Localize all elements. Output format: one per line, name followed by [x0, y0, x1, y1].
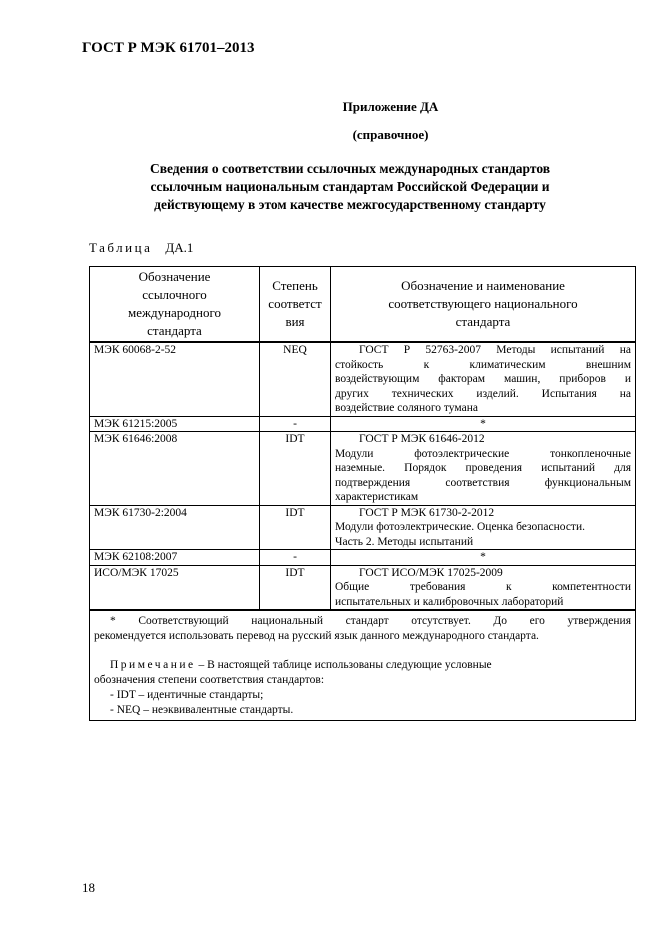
- appendix-subtitle: (справочное): [60, 127, 661, 143]
- cell-reference: МЭК 62108:2007: [90, 550, 260, 566]
- cell-degree: IDT: [260, 505, 331, 550]
- table-row: МЭК 61646:2008 IDT ГОСТ Р МЭК 61646-2012…: [90, 432, 636, 506]
- cell-degree: NEQ: [260, 342, 331, 416]
- column-header-reference: Обозначение ссылочного международного ст…: [90, 267, 260, 343]
- table-caption-number: ДА.1: [165, 240, 193, 255]
- document-code: ГОСТ Р МЭК 61701–2013: [82, 40, 254, 57]
- table-caption: Таблица ДА.1: [89, 240, 193, 256]
- appendix-title: Приложение ДА: [60, 99, 661, 115]
- heading-line: действующему в этом качестве межгосударс…: [100, 196, 600, 214]
- note-label: Примечание: [110, 659, 196, 671]
- footnote-star-line: рекомендуется использовать перевод на ру…: [94, 629, 631, 644]
- table-row: МЭК 61730-2:2004 IDT ГОСТ Р МЭК 61730-2-…: [90, 505, 636, 550]
- cell-reference: МЭК 61646:2008: [90, 432, 260, 506]
- cell-reference: МЭК 60068-2-52: [90, 342, 260, 416]
- cell-degree: -: [260, 550, 331, 566]
- cell-national: *: [331, 416, 636, 432]
- cell-degree: IDT: [260, 565, 331, 610]
- table-row: МЭК 60068-2-52 NEQ ГОСТ Р 52763-2007 Мет…: [90, 342, 636, 416]
- note-line: обозначения степени соответствия стандар…: [94, 673, 631, 688]
- note-line: Примечание – В настоящей таблице использ…: [94, 658, 631, 673]
- table-row: МЭК 62108:2007 - *: [90, 550, 636, 566]
- cell-national: ГОСТ Р 52763-2007 Методы испытаний на ст…: [331, 342, 636, 416]
- page-number: 18: [82, 880, 95, 896]
- note-item: - NEQ – неэквивалентные стандарты.: [94, 703, 631, 718]
- cell-national: ГОСТ Р МЭК 61646-2012 Модули фотоэлектри…: [331, 432, 636, 506]
- reference-standards-table: Обозначение ссылочного международного ст…: [89, 266, 636, 721]
- cell-national: ГОСТ Р МЭК 61730-2-2012 Модули фотоэлект…: [331, 505, 636, 550]
- column-header-degree: Степень соответст вия: [260, 267, 331, 343]
- appendix-heading: Сведения о соответствии ссылочных междун…: [100, 160, 600, 214]
- cell-national: ГОСТ ИСО/МЭК 17025-2009 Общие требования…: [331, 565, 636, 610]
- column-header-national: Обозначение и наименование соответствующ…: [331, 267, 636, 343]
- cell-reference: ИСО/МЭК 17025: [90, 565, 260, 610]
- cell-national: *: [331, 550, 636, 566]
- table-header-row: Обозначение ссылочного международного ст…: [90, 267, 636, 343]
- cell-degree: -: [260, 416, 331, 432]
- note-item: - IDT – идентичные стандарты;: [94, 688, 631, 703]
- cell-degree: IDT: [260, 432, 331, 506]
- heading-line: ссылочным национальным стандартам Россий…: [100, 178, 600, 196]
- cell-reference: МЭК 61215:2005: [90, 416, 260, 432]
- table-caption-label: Таблица: [89, 240, 152, 255]
- table-footnote-row: * Соответствующий национальный стандарт …: [90, 610, 636, 721]
- heading-line: Сведения о соответствии ссылочных междун…: [100, 160, 600, 178]
- cell-reference: МЭК 61730-2:2004: [90, 505, 260, 550]
- table-row: ИСО/МЭК 17025 IDT ГОСТ ИСО/МЭК 17025-200…: [90, 565, 636, 610]
- note-text: – В настоящей таблице использованы следу…: [196, 659, 492, 671]
- table-row: МЭК 61215:2005 - *: [90, 416, 636, 432]
- footnote-star-line: * Соответствующий национальный стандарт …: [94, 614, 631, 629]
- table-footnote: * Соответствующий национальный стандарт …: [90, 610, 636, 721]
